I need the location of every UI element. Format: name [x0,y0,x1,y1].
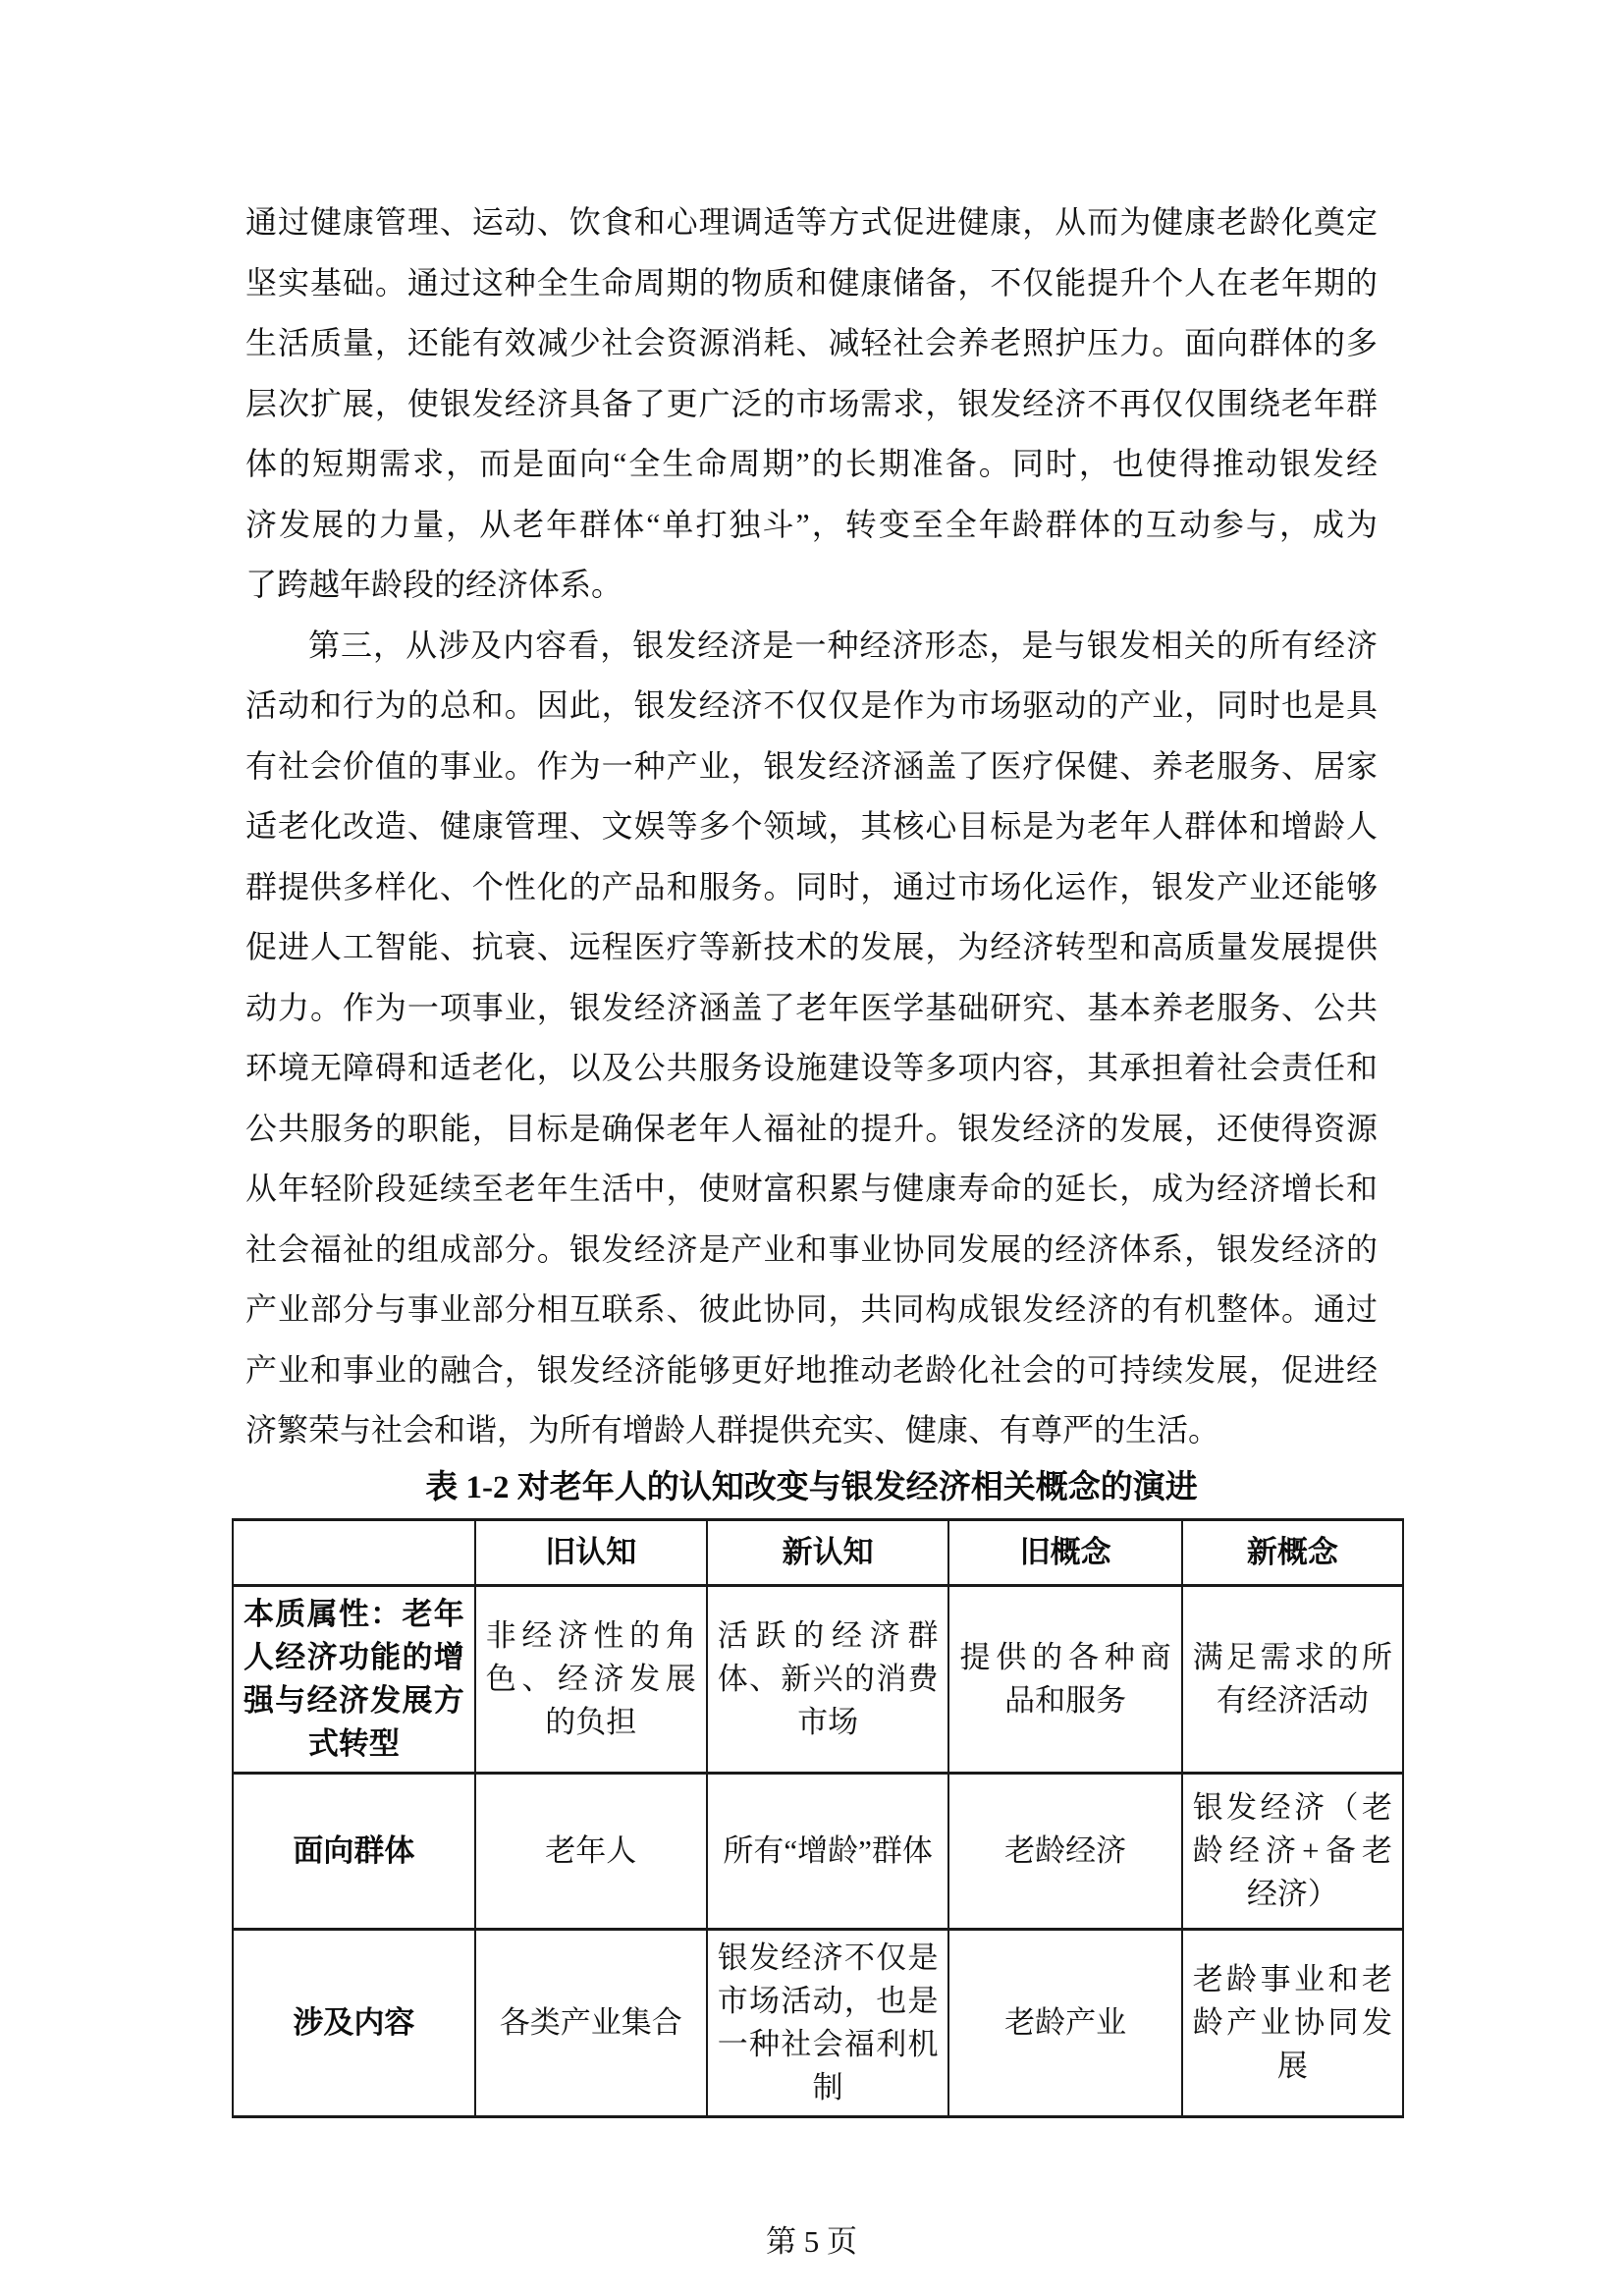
table-cell: 银发经济（老龄经济+备老经济） [1182,1773,1403,1929]
row-label: 本质属性：老年人经济功能的增强与经济发展方式转型 [233,1585,475,1773]
table-cell: 老龄产业 [948,1929,1181,2116]
row-label: 涉及内容 [233,1929,475,2116]
table-title: 表 1-2 对老年人的认知改变与银发经济相关概念的演进 [0,1465,1623,1510]
body-text-line: 适老化改造、健康管理、文娱等多个领域，其核心目标是为老年人群体和增龄人 [245,796,1378,857]
body-text-line: 从年轻阶段延续至老年生活中，使财富积累与健康寿命的延长，成为经济增长和 [245,1159,1378,1220]
concepts-table: 旧认知 新认知 旧概念 新概念 本质属性：老年人经济功能的增强与经济发展方式转型… [232,1518,1404,2118]
table-cell: 提供的各种商品和服务 [948,1585,1181,1773]
body-text-line: 了跨越年龄段的经济体系。 [245,555,1378,616]
table-cell: 非经济性的角色、经济发展的负担 [475,1585,707,1773]
body-text-line: 体的短期需求，而是面向“全生命周期”的长期准备。同时，也使得推动银发经 [245,434,1378,495]
table-row: 涉及内容 各类产业集合 银发经济不仅是市场活动，也是一种社会福利机制 老龄产业 … [233,1929,1403,2116]
column-header-new-concept: 新概念 [1182,1519,1403,1585]
body-text-line: 公共服务的职能，目标是确保老年人福祉的提升。银发经济的发展，还使得资源 [245,1099,1378,1160]
body-text-line: 济发展的力量，从老年群体“单打独斗”，转变至全年龄群体的互动参与，成为 [245,495,1378,556]
body-text-line: 生活质量，还能有效减少社会资源消耗、减轻社会养老照护压力。面向群体的多 [245,313,1378,374]
body-text-line: 活动和行为的总和。因此，银发经济不仅仅是作为市场驱动的产业，同时也是具 [245,676,1378,737]
body-text-line: 第三，从涉及内容看，银发经济是一种经济形态，是与银发相关的所有经济 [245,616,1378,677]
body-text: 通过健康管理、运动、饮食和心理调适等方式促进健康，从而为健康老龄化奠定 坚实基础… [245,0,1378,1461]
body-text-line: 群提供多样化、个性化的产品和服务。同时，通过市场化运作，银发产业还能够 [245,857,1378,918]
page-number: 第 5 页 [0,2216,1623,2261]
column-header-old-concept: 旧概念 [948,1519,1181,1585]
table-cell: 所有“增龄”群体 [707,1773,949,1929]
column-header-empty [233,1519,475,1585]
column-header-new-cognition: 新认知 [707,1519,949,1585]
document-page: 通过健康管理、运动、饮食和心理调适等方式促进健康，从而为健康老龄化奠定 坚实基础… [0,0,1623,2296]
table-row: 面向群体 老年人 所有“增龄”群体 老龄经济 银发经济（老龄经济+备老经济） [233,1773,1403,1929]
body-text-line: 济繁荣与社会和谐，为所有增龄人群提供充实、健康、有尊严的生活。 [245,1400,1378,1461]
body-text-line: 通过健康管理、运动、饮食和心理调适等方式促进健康，从而为健康老龄化奠定 [245,192,1378,253]
body-text-line: 坚实基础。通过这种全生命周期的物质和健康储备，不仅能提升个人在老年期的 [245,253,1378,314]
column-header-old-cognition: 旧认知 [475,1519,707,1585]
body-text-line: 促进人工智能、抗衰、远程医疗等新技术的发展，为经济转型和高质量发展提供 [245,917,1378,978]
body-text-line: 层次扩展，使银发经济具备了更广泛的市场需求，银发经济不再仅仅围绕老年群 [245,374,1378,435]
table-cell: 银发经济不仅是市场活动，也是一种社会福利机制 [707,1929,949,2116]
table-cell: 各类产业集合 [475,1929,707,2116]
table-cell: 老龄经济 [948,1773,1181,1929]
table-header-row: 旧认知 新认知 旧概念 新概念 [233,1519,1403,1585]
body-text-line: 环境无障碍和适老化，以及公共服务设施建设等多项内容，其承担着社会责任和 [245,1038,1378,1099]
body-text-line: 动力。作为一项事业，银发经济涵盖了老年医学基础研究、基本养老服务、公共 [245,978,1378,1039]
table-cell: 活跃的经济群体、新兴的消费市场 [707,1585,949,1773]
row-label: 面向群体 [233,1773,475,1929]
body-text-line: 产业部分与事业部分相互联系、彼此协同，共同构成银发经济的有机整体。通过 [245,1280,1378,1340]
table-cell: 老龄事业和老龄产业协同发展 [1182,1929,1403,2116]
table-row: 本质属性：老年人经济功能的增强与经济发展方式转型 非经济性的角色、经济发展的负担… [233,1585,1403,1773]
body-text-line: 社会福祉的组成部分。银发经济是产业和事业协同发展的经济体系，银发经济的 [245,1220,1378,1281]
body-text-line: 有社会价值的事业。作为一种产业，银发经济涵盖了医疗保健、养老服务、居家 [245,737,1378,797]
table-cell: 满足需求的所有经济活动 [1182,1585,1403,1773]
table-cell: 老年人 [475,1773,707,1929]
body-text-line: 产业和事业的融合，银发经济能够更好地推动老龄化社会的可持续发展，促进经 [245,1340,1378,1401]
